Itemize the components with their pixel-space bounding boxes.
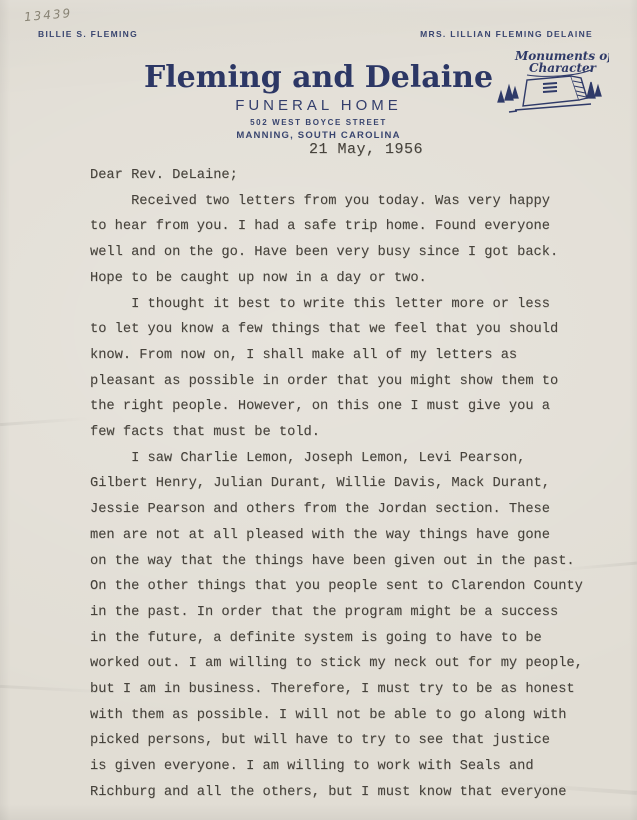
typed-line: Jessie Pearson and others from the Jorda… [90,497,600,523]
archival-pencil-number: 13439 [23,6,72,24]
typed-line: few facts that must be told. [90,420,600,446]
scanned-letter-page: 13439 BILLIE S. FLEMING MRS. LILLIAN FLE… [0,0,637,820]
letterhead-center-block: Fleming and Delaine FUNERAL HOME 502 WES… [0,60,637,141]
letter-body: Dear Rev. DeLaine; Received two letters … [90,163,600,806]
typed-line: Hope to be caught up now in a day or two… [90,266,600,292]
typed-line: worked out. I am willing to stick my nec… [90,651,600,677]
typed-line: but I am in business. Therefore, I must … [90,677,600,703]
typed-line: is given everyone. I am willing to work … [90,754,600,780]
typed-line: on the way that the things have been giv… [90,549,600,575]
letterhead-left-name: BILLIE S. FLEMING [38,29,138,39]
city-state: MANNING, SOUTH CAROLINA [0,130,637,141]
business-subtitle: FUNERAL HOME [0,97,637,114]
typed-line: On the other things that you people sent… [90,574,600,600]
typed-line: picked persons, but will have to try to … [90,728,600,754]
typed-line: in the future, a definite system is goin… [90,626,600,652]
typed-line: I thought it best to write this letter m… [90,292,600,318]
typed-line: the right people. However, on this one I… [90,394,600,420]
typed-line: Received two letters from you today. Was… [90,189,600,215]
business-name: Fleming and Delaine [0,60,637,95]
paper-crease [0,417,90,426]
typed-line: Richburg and all the others, but I must … [90,780,600,806]
typed-line: to let you know a few things that we fee… [90,317,600,343]
typed-line: well and on the go. Have been very busy … [90,240,600,266]
typed-line: men are not at all pleased with the way … [90,523,600,549]
typed-line: with them as possible. I will not be abl… [90,703,600,729]
letterhead-right-name: MRS. LILLIAN FLEMING DELAINE [420,29,593,39]
typed-line: pleasant as possible in order that you m… [90,369,600,395]
typed-line: I saw Charlie Lemon, Joseph Lemon, Levi … [90,446,600,472]
typed-line: Gilbert Henry, Julian Durant, Willie Dav… [90,471,600,497]
typed-line: in the past. In order that the program m… [90,600,600,626]
typed-line: know. From now on, I shall make all of m… [90,343,600,369]
letter-date: 21 May, 1956 [309,141,423,158]
typed-line: to hear from you. I had a safe trip home… [90,214,600,240]
street-address: 502 WEST BOYCE STREET [0,118,637,127]
typed-line: Dear Rev. DeLaine; [90,163,600,189]
